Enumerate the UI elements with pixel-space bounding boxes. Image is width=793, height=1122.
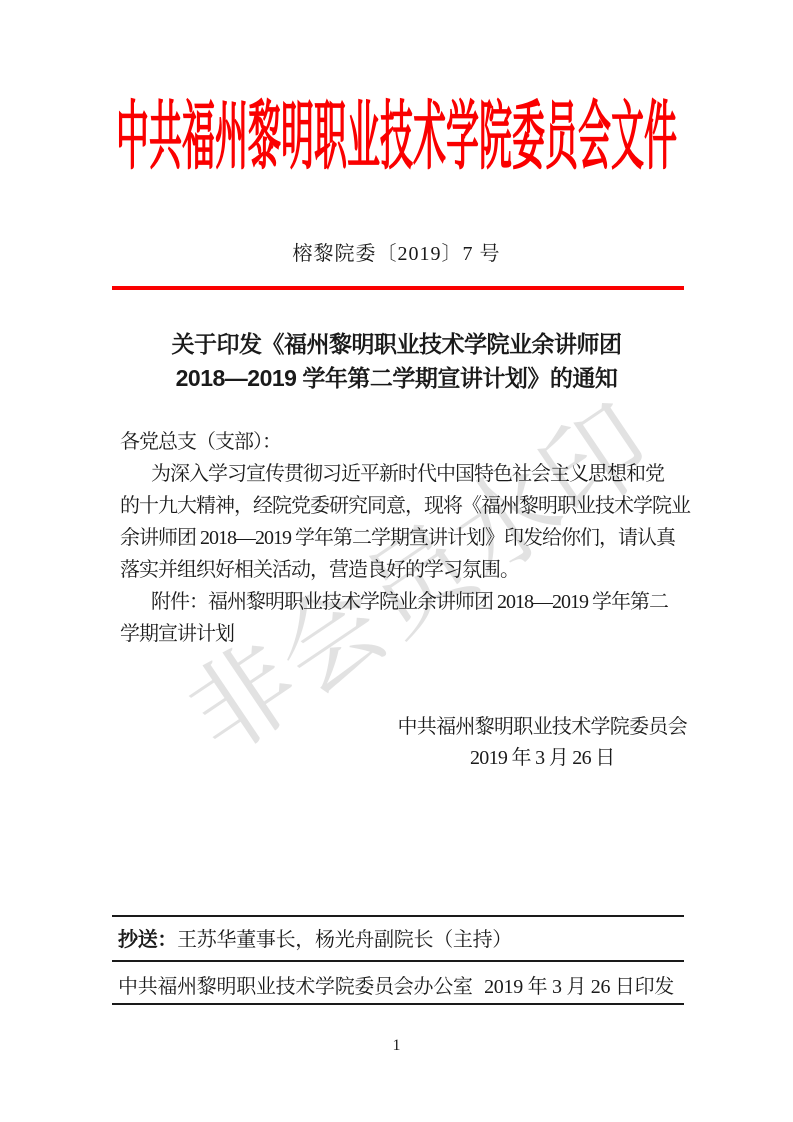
signature-date: 2019 年 3 月 26 日	[398, 743, 688, 774]
attachment-line: 附件：福州黎明职业技术学院业余讲师团 2018—2019 学年第二	[120, 586, 686, 618]
footer-rule-middle	[112, 960, 684, 962]
red-separator-line	[112, 286, 684, 290]
body-line: 为深入学习宣传贯彻习近平新时代中国特色社会主义思想和党	[120, 458, 686, 490]
print-date: 2019 年 3 月 26 日印发	[484, 975, 674, 1000]
letterhead: 中共福州黎明职业技术学院委员会文件	[0, 100, 793, 175]
body-text: 各党总支（支部）： 为深入学习宣传贯彻习近平新时代中国特色社会主义思想和党 的十…	[120, 426, 686, 650]
body-line: 余讲师团 2018—2019 学年第二学期宣讲计划》印发给你们，请认真	[120, 522, 686, 554]
signature-org: 中共福州黎明职业技术学院委员会	[398, 712, 688, 743]
cc-value: 王苏华董事长，杨光舟副院长（主持）	[177, 929, 512, 951]
document-number: 榕黎院委〔2019〕7 号	[0, 241, 793, 267]
document-page: 非会员水印 中共福州黎明职业技术学院委员会文件 榕黎院委〔2019〕7 号 关于…	[0, 0, 793, 1122]
issuer-row: 中共福州黎明职业技术学院委员会办公室 2019 年 3 月 26 日印发	[118, 975, 674, 1000]
page-number: 1	[0, 1036, 793, 1056]
cc-label: 抄送：	[118, 929, 177, 951]
notice-title-line1: 关于印发《福州黎明职业技术学院业余讲师团	[0, 327, 793, 361]
footer-rule-bottom	[112, 1003, 684, 1005]
body-line: 落实并组织好相关活动，营造良好的学习氛围。	[120, 554, 686, 586]
notice-title-line2: 2018—2019 学年第二学期宣讲计划》的通知	[0, 361, 793, 395]
letterhead-title: 中共福州黎明职业技术学院委员会文件	[116, 100, 677, 175]
salutation-line: 各党总支（支部）：	[120, 426, 686, 458]
body-line: 的十九大精神，经院党委研究同意，现将《福州黎明职业技术学院业	[120, 490, 686, 522]
issuer-name: 中共福州黎明职业技术学院委员会办公室	[118, 975, 473, 1000]
cc-row: 抄送：王苏华董事长，杨光舟副院长（主持）	[118, 928, 678, 953]
notice-title: 关于印发《福州黎明职业技术学院业余讲师团 2018—2019 学年第二学期宣讲计…	[0, 327, 793, 395]
footer-rule-top	[112, 915, 684, 917]
signature-block: 中共福州黎明职业技术学院委员会 2019 年 3 月 26 日	[398, 712, 688, 774]
attachment-line: 学期宣讲计划	[120, 618, 686, 650]
